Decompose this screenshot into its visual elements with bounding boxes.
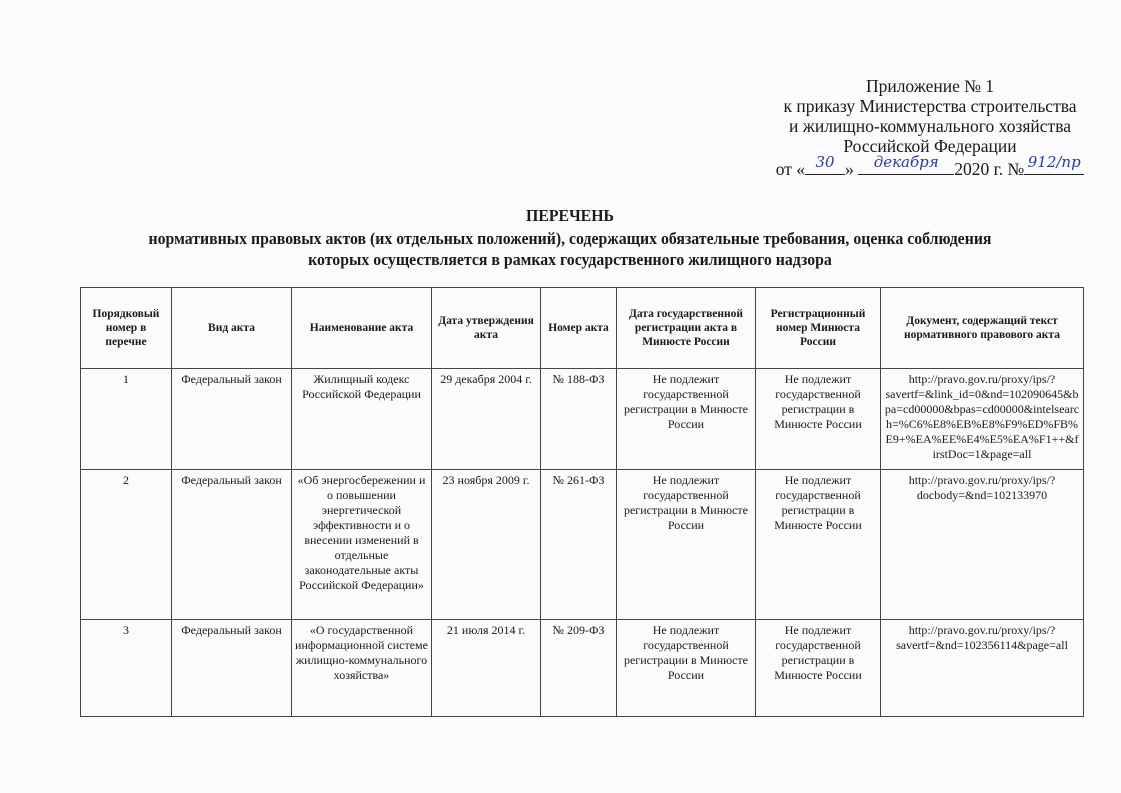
date-prefix: от « — [776, 159, 805, 179]
appendix-title: Приложение № 1 — [740, 76, 1120, 96]
cell-registration-number: Не подлежит государственной регистрации … — [756, 620, 881, 717]
cell-act-number: № 261-ФЗ — [541, 470, 617, 620]
appendix-date-line: от «30» декабря2020 г. №912/пр — [740, 156, 1120, 179]
month-blank: декабря — [858, 156, 954, 175]
cell-number: 2 — [81, 470, 172, 620]
cell-registration-date: Не подлежит государственной регистрации … — [617, 369, 756, 470]
cell-name: «О государственной информационной систем… — [292, 620, 432, 717]
document-subtitle-line2: которых осуществляется в рамках государс… — [77, 249, 1063, 270]
cell-name: «Об энергосбережении и о повышении энерг… — [292, 470, 432, 620]
table-row: 1 Федеральный закон Жилищный кодекс Росс… — [81, 369, 1084, 470]
cell-document-link[interactable]: http://pravo.gov.ru/proxy/ips/?savertf=&… — [881, 620, 1084, 717]
cell-act-number: № 188-ФЗ — [541, 369, 617, 470]
document-subtitle-line1: нормативных правовых актов (их отдельных… — [77, 228, 1063, 249]
cell-number: 1 — [81, 369, 172, 470]
cell-approval-date: 23 ноября 2009 г. — [432, 470, 541, 620]
cell-registration-date: Не подлежит государственной регистрации … — [617, 470, 756, 620]
cell-registration-number: Не подлежит государственной регистрации … — [756, 470, 881, 620]
cell-registration-number: Не подлежит государственной регистрации … — [756, 369, 881, 470]
column-header-type: Вид акта — [172, 288, 292, 369]
handwritten-month: декабря — [858, 152, 954, 172]
table-header-row: Порядковый номер в перечне Вид акта Наим… — [81, 288, 1084, 369]
column-header-registration-number: Регистрационный номер Минюста России — [756, 288, 881, 369]
handwritten-order-number: 912/пр — [1024, 152, 1084, 172]
appendix-header: Приложение № 1 к приказу Министерства ст… — [740, 76, 1120, 179]
year-text: 2020 г. № — [954, 159, 1024, 179]
cell-document-link[interactable]: http://pravo.gov.ru/proxy/ips/?docbody=&… — [881, 470, 1084, 620]
cell-number: 3 — [81, 620, 172, 717]
cell-name: Жилищный кодекс Российской Федерации — [292, 369, 432, 470]
column-header-registration-date: Дата государственной регистрации акта в … — [617, 288, 756, 369]
column-header-name: Наименование акта — [292, 288, 432, 369]
day-blank: 30 — [805, 156, 845, 175]
cell-approval-date: 21 июля 2014 г. — [432, 620, 541, 717]
acts-table: Порядковый номер в перечне Вид акта Наим… — [80, 287, 1084, 717]
column-header-approval-date: Дата утверждения акта — [432, 288, 541, 369]
order-number-blank: 912/пр — [1024, 156, 1084, 175]
cell-document-link[interactable]: http://pravo.gov.ru/proxy/ips/?savertf=&… — [881, 369, 1084, 470]
document-heading: ПЕРЕЧЕНЬ — [77, 205, 1063, 226]
cell-type: Федеральный закон — [172, 470, 292, 620]
cell-approval-date: 29 декабря 2004 г. — [432, 369, 541, 470]
table-row: 3 Федеральный закон «О государственной и… — [81, 620, 1084, 717]
cell-act-number: № 209-ФЗ — [541, 620, 617, 717]
column-header-number: Порядковый номер в перечне — [81, 288, 172, 369]
date-mid: » — [845, 159, 854, 179]
column-header-act-number: Номер акта — [541, 288, 617, 369]
appendix-order-line: к приказу Министерства строительства — [740, 96, 1120, 116]
appendix-ministry-line: и жилищно-коммунального хозяйства — [740, 116, 1120, 136]
table-row: 2 Федеральный закон «Об энергосбережении… — [81, 470, 1084, 620]
handwritten-day: 30 — [805, 152, 845, 172]
cell-registration-date: Не подлежит государственной регистрации … — [617, 620, 756, 717]
cell-type: Федеральный закон — [172, 620, 292, 717]
cell-type: Федеральный закон — [172, 369, 292, 470]
column-header-document: Документ, содержащий текст нормативного … — [881, 288, 1084, 369]
